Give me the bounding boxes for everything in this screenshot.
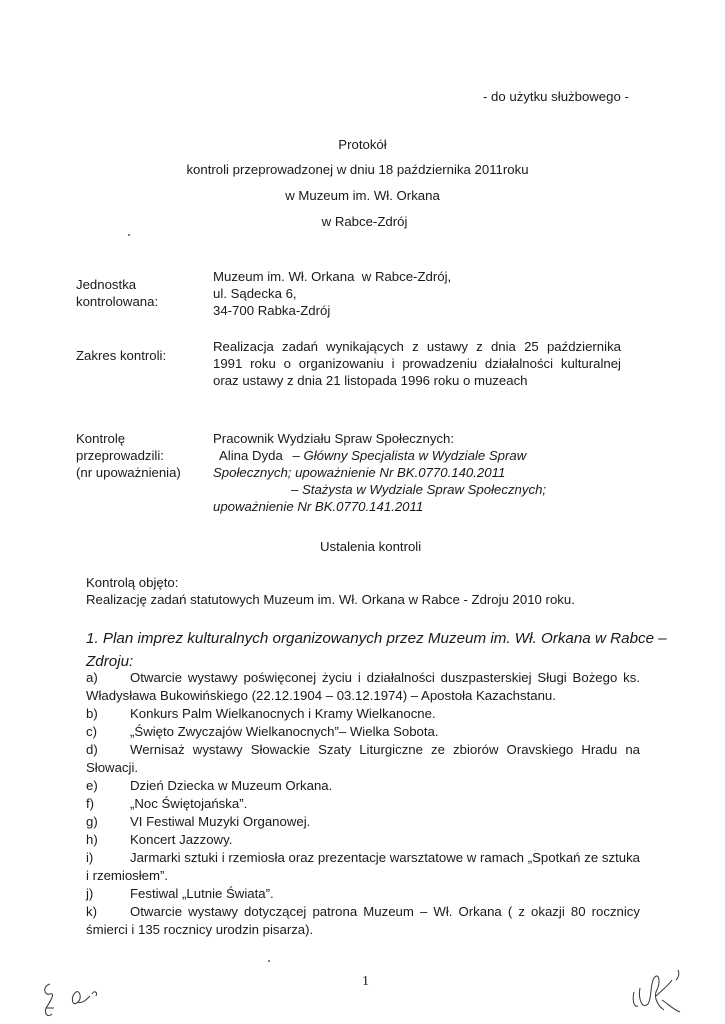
inspectors-label-line: przeprowadzili: xyxy=(76,447,181,464)
initials-signature-right-icon xyxy=(628,966,698,1018)
findings-heading: Ustalenia kontroli xyxy=(320,539,421,554)
inspectors-label: Kontrolę przeprowadzili: (nr upoważnieni… xyxy=(76,430,181,481)
list-item-marker: d) xyxy=(86,741,98,759)
inspector-1-role: – Główny Specjalista w Wydziale Spraw xyxy=(292,448,526,463)
list-item-text: Konkurs Palm Wielkanocnych i Kramy Wielk… xyxy=(86,705,640,723)
list-item-marker: c) xyxy=(86,723,97,741)
list-item: h)Koncert Jazzowy. xyxy=(86,831,640,849)
inspector-2-role: – Stażysta w Wydziale Spraw Społecznych; xyxy=(213,481,546,498)
unit-value: Muzeum im. Wł. Orkana w Rabce-Zdrój, ul.… xyxy=(213,268,451,319)
document-title: Protokół xyxy=(0,137,725,152)
list-item-marker: i) xyxy=(86,849,93,867)
list-item: i)Jarmarki sztuki i rzemiosła oraz preze… xyxy=(86,849,640,885)
findings-scope-text: Realizację zadań statutowych Muzeum im. … xyxy=(86,592,575,607)
list-item-marker: b) xyxy=(86,705,98,723)
inspectors-label-line: Kontrolę xyxy=(76,430,181,447)
unit-label-line: kontrolowana: xyxy=(76,293,158,310)
inspector-1-authorization: Społecznych; upoważnienie Nr BK.0770.140… xyxy=(213,464,546,481)
list-item-text: Otwarcie wystawy poświęconej życiu i dzi… xyxy=(86,669,640,705)
scan-speck xyxy=(128,234,130,236)
unit-value-line: Muzeum im. Wł. Orkana w Rabce-Zdrój, xyxy=(213,268,451,285)
list-item-text: Festiwal „Lutnie Świata”. xyxy=(86,885,640,903)
list-item-marker: e) xyxy=(86,777,98,795)
list-item: e)Dzień Dziecka w Muzeum Orkana. xyxy=(86,777,640,795)
list-item-marker: g) xyxy=(86,813,98,831)
list-item-text: „Noc Świętojańska”. xyxy=(86,795,640,813)
list-item-text: Jarmarki sztuki i rzemiosła oraz prezent… xyxy=(86,849,640,885)
inspector-1-line: Alina Dyda – Główny Specjalista w Wydzia… xyxy=(213,447,546,464)
list-item: b)Konkurs Palm Wielkanocnych i Kramy Wie… xyxy=(86,705,640,723)
inspectors-value: Pracownik Wydziału Spraw Społecznych: Al… xyxy=(213,430,546,515)
classification-note: - do użytku służbowego - xyxy=(483,89,629,104)
list-item-text: Koncert Jazzowy. xyxy=(86,831,640,849)
list-item: k)Otwarcie wystawy dotyczącej patrona Mu… xyxy=(86,903,640,939)
section-1-title: 1. Plan imprez kulturalnych organizowany… xyxy=(86,630,667,647)
list-item: a)Otwarcie wystawy poświęconej życiu i d… xyxy=(86,669,640,705)
list-item: c)„Święto Zwyczajów Wielkanocnych”– Wiel… xyxy=(86,723,640,741)
scan-speck xyxy=(268,960,270,962)
list-item-text: Otwarcie wystawy dotyczącej patrona Muze… xyxy=(86,903,640,939)
list-item-marker: h) xyxy=(86,831,98,849)
unit-label-line: Jednostka xyxy=(76,276,158,293)
list-item: f)„Noc Świętojańska”. xyxy=(86,795,640,813)
list-item-text: „Święto Zwyczajów Wielkanocnych”– Wielka… xyxy=(86,723,640,741)
list-item-text: Wernisaż wystawy Słowackie Szaty Liturgi… xyxy=(86,741,640,777)
list-item-marker: a) xyxy=(86,669,98,687)
initials-signature-left-icon xyxy=(36,978,116,1024)
list-item-marker: k) xyxy=(86,903,97,921)
list-item: j)Festiwal „Lutnie Świata”. xyxy=(86,885,640,903)
list-item: d)Wernisaż wystawy Słowackie Szaty Litur… xyxy=(86,741,640,777)
events-list: a)Otwarcie wystawy poświęconej życiu i d… xyxy=(86,669,640,939)
document-subtitle-line-3: w Rabce-Zdrój xyxy=(0,214,725,229)
inspectors-label-line: (nr upoważnienia) xyxy=(76,464,181,481)
list-item-text: VI Festiwal Muzyki Organowej. xyxy=(86,813,640,831)
unit-label: Jednostka kontrolowana: xyxy=(76,276,158,310)
unit-value-line: ul. Sądecka 6, xyxy=(213,285,451,302)
document-subtitle-line-2: w Muzeum im. Wł. Orkana xyxy=(0,188,725,203)
list-item-marker: f) xyxy=(86,795,94,813)
scope-value-line: oraz ustawy z dnia 21 listopada 1996 rok… xyxy=(213,372,621,389)
section-1-title-cont: Zdroju: xyxy=(86,653,133,670)
unit-value-line: 34-700 Rabka-Zdrój xyxy=(213,302,451,319)
inspector-2-authorization: upoważnienie Nr BK.0770.141.2011 xyxy=(213,498,546,515)
scope-label: Zakres kontroli: xyxy=(76,347,166,364)
document-subtitle-line-1: kontroli przeprowadzonej w dniu 18 paźdz… xyxy=(0,162,725,177)
list-item: g)VI Festiwal Muzyki Organowej. xyxy=(86,813,640,831)
scope-value-line: Realizacja zadań wynikających z ustawy z… xyxy=(213,338,621,355)
inspectors-intro: Pracownik Wydziału Spraw Społecznych: xyxy=(213,430,546,447)
scope-value: Realizacja zadań wynikających z ustawy z… xyxy=(213,338,621,389)
list-item-text: Dzień Dziecka w Muzeum Orkana. xyxy=(86,777,640,795)
page-number: 1 xyxy=(362,974,369,990)
findings-scope-label: Kontrolą objęto: xyxy=(86,575,178,590)
list-item-marker: j) xyxy=(86,885,93,903)
scope-value-line: 1991 roku o organizowaniu i prowadzeniu … xyxy=(213,355,621,372)
inspector-1-name: Alina Dyda xyxy=(219,448,283,463)
